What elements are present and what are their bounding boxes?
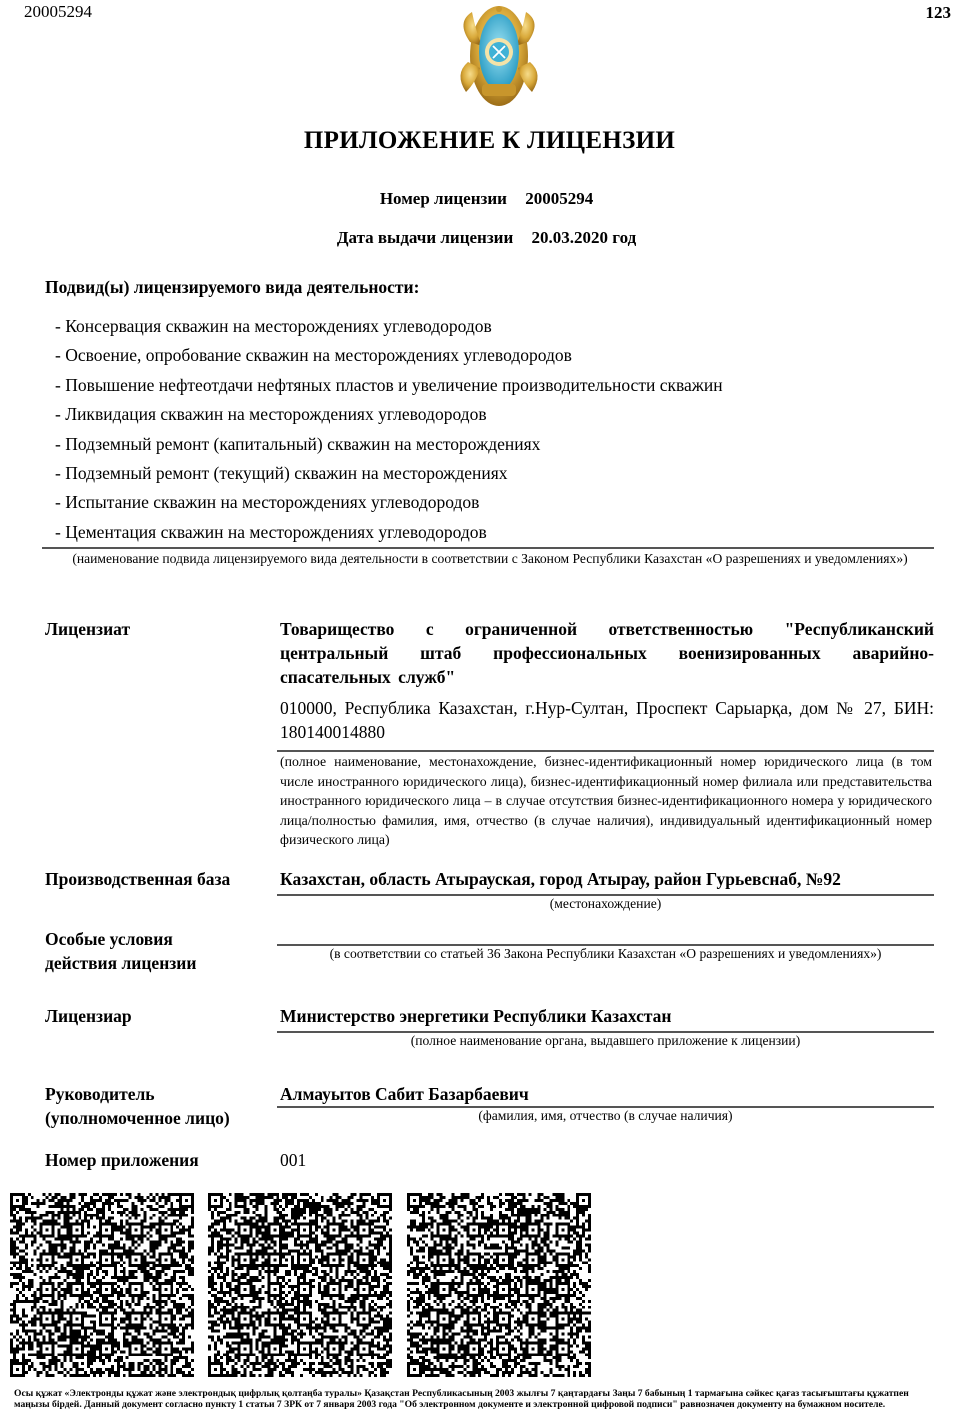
special-conditions-label-line1: Особые условия: [45, 927, 265, 951]
subtypes-list: - Консервация скважин на месторождениях …: [55, 315, 723, 550]
qr-code-3: [407, 1193, 591, 1377]
subtype-item: - Освоение, опробование скважин на место…: [55, 344, 723, 373]
subtypes-note: (наименование подвида лицензируемого вид…: [46, 550, 934, 568]
production-base-value: Казахстан, область Атырауская, город Аты…: [280, 867, 841, 891]
special-conditions-label-line2: действия лицензии: [45, 951, 265, 975]
license-date-row: Дата выдачи лицензии 20.03.2020 год: [0, 228, 973, 248]
licensor-value: Министерство энергетики Республики Казах…: [280, 1004, 672, 1028]
license-number-label: Номер лицензии: [380, 189, 507, 208]
subtype-item: - Подземный ремонт (капитальный) скважин…: [55, 433, 723, 462]
subtype-item: - Цементация скважин на месторождениях у…: [55, 521, 723, 550]
qr-code-2: [208, 1193, 392, 1377]
licensee-name: Товарищество с ограниченной ответственно…: [280, 617, 934, 689]
special-conditions-label: Особые условия действия лицензии: [45, 927, 265, 975]
license-date-label: Дата выдачи лицензии: [337, 228, 513, 247]
licensor-label: Лицензиар: [45, 1004, 132, 1028]
subtype-item: - Повышение нефтеотдачи нефтяных пластов…: [55, 374, 723, 403]
page-title: ПРИЛОЖЕНИЕ К ЛИЦЕНЗИИ: [0, 127, 973, 155]
head-note: (фамилия, имя, отчество (в случае наличи…: [277, 1108, 934, 1124]
footer-line-kz: Осы құжат «Электронды құжат және электро…: [14, 1388, 973, 1399]
special-conditions-note: (в соответствии со статьей 36 Закона Рес…: [277, 946, 934, 962]
head-label-line2: (уполномоченное лицо): [45, 1106, 275, 1130]
licensee-note: (полное наименование, местонахождение, б…: [280, 752, 932, 850]
document-number: 20005294: [24, 2, 92, 22]
production-base-note: (местонахождение): [277, 896, 934, 912]
licensee-label: Лицензиат: [45, 617, 130, 641]
head-value: Алмауытов Сабит Базарбаевич: [280, 1082, 529, 1106]
page-number: 123: [926, 3, 952, 23]
footer-line-ru: маңызы бірдей. Данный документ согласно …: [14, 1399, 973, 1410]
licensor-note: (полное наименование органа, выдавшего п…: [277, 1033, 934, 1049]
licensee-address: 010000, Республика Казахстан, г.Нур-Султ…: [280, 696, 934, 744]
subtype-item: - Подземный ремонт (текущий) скважин на …: [55, 462, 723, 491]
license-date-value: 20.03.2020 год: [532, 228, 637, 247]
subtype-item: - Консервация скважин на месторождениях …: [55, 315, 723, 344]
production-base-label: Производственная база: [45, 867, 230, 891]
appendix-number-value: 001: [280, 1148, 306, 1172]
head-label: Руководитель (уполномоченное лицо): [45, 1082, 275, 1130]
state-emblem-icon: [446, 2, 552, 108]
divider: [42, 547, 934, 549]
subtype-item: - Испытание скважин на месторождениях уг…: [55, 491, 723, 520]
license-number-value: 20005294: [525, 189, 593, 208]
subtypes-heading: Подвид(ы) лицензируемого вида деятельнос…: [45, 277, 419, 298]
appendix-number-label: Номер приложения: [45, 1148, 199, 1172]
qr-code-1: [10, 1193, 194, 1377]
head-label-line1: Руководитель: [45, 1082, 275, 1106]
license-number-row: Номер лицензии 20005294: [0, 189, 973, 209]
subtype-item: - Ликвидация скважин на месторождениях у…: [55, 403, 723, 432]
footer-legal-note: Осы құжат «Электронды құжат және электро…: [14, 1388, 973, 1410]
